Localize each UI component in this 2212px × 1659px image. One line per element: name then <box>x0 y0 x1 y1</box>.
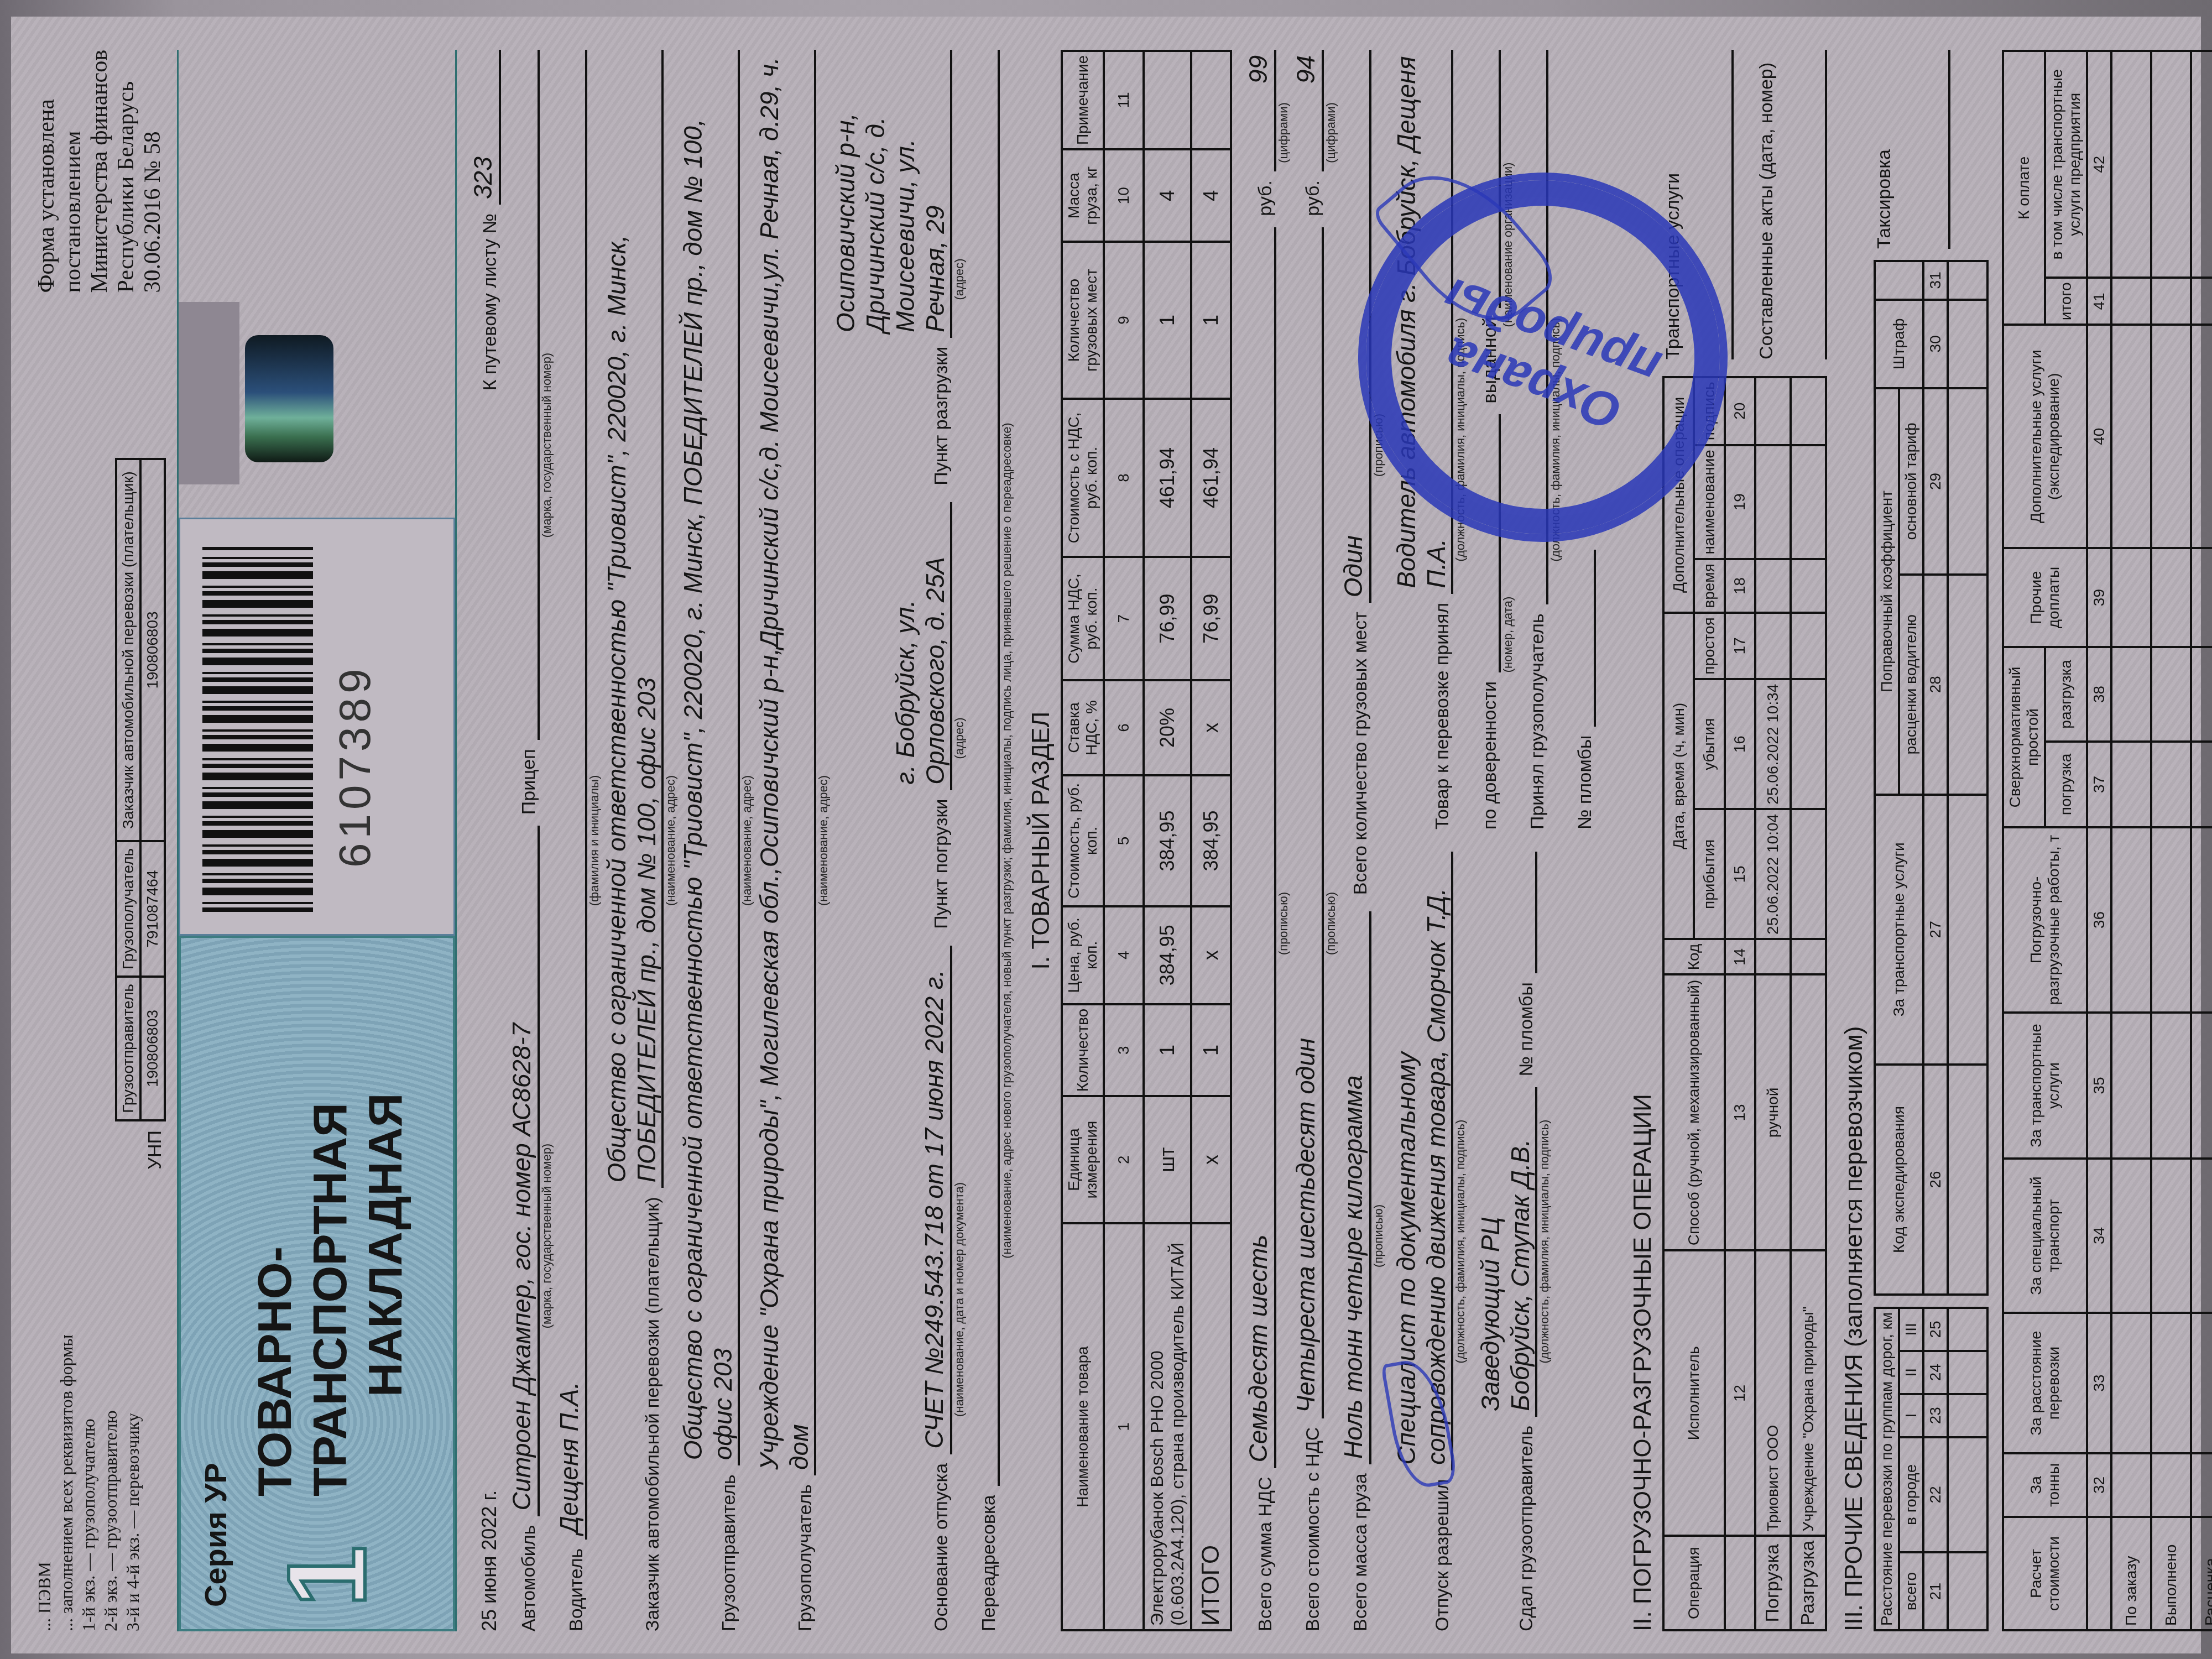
unp-label: УНП <box>144 1121 166 1170</box>
column-number: 42 <box>2087 51 2111 278</box>
ops-operation: Погрузка <box>1755 1536 1791 1630</box>
total-cell: 461,94 <box>1191 399 1231 557</box>
mass-total-label: Всего масса груза <box>1350 1464 1371 1631</box>
ops-signature <box>1755 377 1791 445</box>
column-number: 34 <box>2087 1159 2111 1313</box>
loading-point-label: Пункт погрузки <box>931 790 952 946</box>
calc-header: За специальный транспорт <box>2003 1159 2087 1313</box>
goods-header: Единица измерения <box>1062 1096 1104 1223</box>
goods-places: 1 <box>1144 242 1191 398</box>
cost-calc-table: Расчет стоимости За тонны За расстояние … <box>2002 50 2212 1631</box>
column-number: 38 <box>2087 647 2111 742</box>
ops-subheader: простоя <box>1694 613 1724 679</box>
header-fields: 25 июня 2022 г. К путевому листу № 323 А… <box>468 50 1014 1631</box>
column-number: 16 <box>1725 679 1755 809</box>
readdressing-row: Переадресовка <box>967 50 1000 1631</box>
calc-header: Погрузочно-разгрузочные работы, т <box>2003 827 2087 1013</box>
cost-total-label: Всего стоимость с НДС <box>1302 1418 1324 1631</box>
ops-header: Способ (ручной, механизированный) <box>1663 974 1725 1250</box>
words-hint: (прописью) <box>1324 216 1338 1631</box>
ops-header: Операция <box>1663 1536 1725 1630</box>
goods-header: Количество <box>1062 1004 1104 1096</box>
goods-header: Стоимость с НДС, руб. коп. <box>1062 399 1104 557</box>
distance-col: II <box>1899 1351 1923 1394</box>
cost-total-row: Всего стоимость с НДС Четыреста шестьдес… <box>1291 50 1324 1631</box>
ops-executor: Учреждение "Охрана природы" <box>1791 1250 1826 1536</box>
goods-row: Электрорубанок Bosch PHO 2000 (0.603.2A4… <box>1144 51 1191 1630</box>
poa-label: по доверенности <box>1479 672 1501 830</box>
title-line: НАКЛАДНАЯ <box>358 938 413 1496</box>
digits-hint: (цифрами) <box>1324 50 1338 216</box>
total-cell: 76,99 <box>1191 557 1231 680</box>
column-number: 33 <box>2087 1313 2111 1453</box>
total-cell: 384,95 <box>1191 775 1231 906</box>
acts-label: Составленные акты (дата, номер) <box>1756 50 1777 359</box>
form-note-line: 30.06.2016 № 58 <box>139 50 166 293</box>
total-cell: 4 <box>1191 149 1231 242</box>
goods-price: 384,95 <box>1144 906 1191 1004</box>
column-number: 37 <box>2087 742 2111 827</box>
accepted-label: Товар к перевозке принял <box>1432 594 1453 830</box>
unp-header: Грузополучатель <box>116 841 140 977</box>
unp-value: 791087464 <box>140 841 165 977</box>
ops-idle <box>1755 613 1791 679</box>
copies-note: ... ПЭВМ ... заполнением всех реквизитов… <box>33 1334 166 1631</box>
document-date: 25 июня 2022 г. <box>478 1481 501 1631</box>
calc-subheader: разгрузка <box>2045 647 2087 742</box>
words-hint: (прописью) <box>1371 841 1386 1631</box>
consignee-row: Грузополучатель Учреждение "Охрана приро… <box>754 50 816 1631</box>
loading-point-field[interactable]: г. Бобруйск, ул. Орловского, д. 25А <box>890 502 952 790</box>
column-number: 8 <box>1104 399 1144 557</box>
column-number: 14 <box>1725 939 1755 974</box>
goods-unit: шт <box>1144 1096 1191 1223</box>
waybill-number[interactable]: 323 <box>468 50 501 205</box>
unp-value: 190806803 <box>140 977 165 1120</box>
seal-label: № пломбы <box>1516 973 1537 1087</box>
driver-field[interactable]: Дещеня П.А. <box>554 50 587 1540</box>
customer-row: Заказчик автомобильной перевозки (плател… <box>602 50 664 1631</box>
shipper-row: Грузоотправитель Общество с ограниченной… <box>678 50 740 1631</box>
signatures-block: Отпуск разрешил Специалист по документал… <box>1391 50 1596 1631</box>
unp-block: УНП Грузоотправитель Грузополучатель Зак… <box>77 458 166 1170</box>
seal-field[interactable] <box>1563 550 1596 727</box>
column-number: 11 <box>1104 51 1144 149</box>
shipper-hint: (наименование, адрес) <box>740 50 754 1631</box>
column-number: 10 <box>1104 149 1144 242</box>
distance-col: III <box>1899 1308 1923 1351</box>
cost-total-kop[interactable]: 94 <box>1291 50 1324 171</box>
calc-header: Сверхнормативный простой <box>2003 647 2045 827</box>
unp-value: 190806803 <box>140 459 165 841</box>
ops-method <box>1791 974 1826 1250</box>
calc-header: Прочие доплаты <box>2003 548 2087 647</box>
goods-header: Стоимость, руб. коп. <box>1062 775 1104 906</box>
top-area: ... ПЭВМ ... заполнением всех реквизитов… <box>33 50 166 1631</box>
column-number: 40 <box>2087 325 2111 548</box>
ops-method: ручной <box>1755 974 1791 1250</box>
signature-hint: (должность, фамилия, инициалы, подпись) <box>1453 852 1468 1631</box>
words-hint: (прописью) <box>1276 216 1291 1631</box>
column-number: 9 <box>1104 242 1144 398</box>
calc-header: К оплате <box>2003 51 2045 325</box>
acts-field[interactable] <box>1794 50 1827 359</box>
digits-hint: (цифрами) <box>1276 50 1291 216</box>
ops-executor: Триовист ООО <box>1755 1250 1791 1536</box>
consignment-note: ... ПЭВМ ... заполнением всех реквизитов… <box>11 17 2201 1653</box>
goods-header: Примечание <box>1062 51 1104 149</box>
goods-header: Цена, руб. коп. <box>1062 906 1104 1004</box>
column-number: 35 <box>2087 1013 2111 1159</box>
vat-total-kop[interactable]: 99 <box>1243 50 1276 171</box>
goods-total-row: ИТОГО х 1 х 384,95 х 76,99 461,94 1 4 <box>1191 51 1231 1630</box>
ops-code <box>1755 939 1791 974</box>
unp-header: Грузоотправитель <box>116 977 140 1120</box>
goods-cost: 384,95 <box>1144 775 1191 906</box>
tariff-header: Штраф <box>1875 300 1923 388</box>
goods-vat-rate: 20% <box>1144 680 1191 776</box>
form-legal-note: Форма установлена постановлением Министе… <box>33 50 166 293</box>
taxation-block: Таксировка <box>1874 50 1989 249</box>
seal-label: № пломбы <box>1574 727 1596 830</box>
release-hint-row: (наименование, дата и номер документа) (… <box>952 50 967 1631</box>
places-total-label: Всего количество грузовых мест <box>1350 603 1371 911</box>
calc-header: За тонны <box>2003 1453 2087 1517</box>
copies-note-line: 3-й и 4-й экз. — перевозчику <box>122 1334 144 1631</box>
seal-field[interactable] <box>1504 852 1537 973</box>
vehicle-hint: (марка, государственный номер) <box>540 841 554 1631</box>
readdressing-field[interactable] <box>967 50 1000 1486</box>
column-number: 25 <box>1923 1308 1948 1351</box>
goods-section-title: I. ТОВАРНЫЙ РАЗДЕЛ <box>1027 50 1055 1631</box>
ops-row-unloading: Разгрузка Учреждение "Охрана природы" <box>1791 377 1826 1630</box>
taxation-label: Таксировка <box>1874 50 1895 249</box>
signature-hint: (должность, фамилия, инициалы, подпись) <box>1537 852 1552 1631</box>
ops-time <box>1791 559 1826 613</box>
calc-subheader: в том числе транспортные услуги предприя… <box>2045 51 2087 278</box>
form-number: 1 <box>264 1546 391 1607</box>
column-number: 39 <box>2087 548 2111 647</box>
unp-header: Заказчик автомобильной перевозки (плател… <box>116 459 140 841</box>
mass-total-words[interactable]: Ноль тонн четыре килограмма <box>1338 911 1371 1464</box>
barcode-icon <box>202 547 313 912</box>
customer-field[interactable]: Общество с ограниченной ответственностью… <box>602 50 664 1188</box>
column-number: 7 <box>1104 557 1144 680</box>
taxation-field[interactable] <box>1917 50 1950 249</box>
column-number: 4 <box>1104 906 1144 1004</box>
ops-operation: Разгрузка <box>1791 1536 1826 1630</box>
mass-places-row: Всего масса груза Ноль тонн четыре килог… <box>1338 50 1371 1631</box>
totals-block: Всего сумма НДС Семьдесят шесть руб. 99 … <box>1243 50 1386 1631</box>
tariff-header: Код экспедирования <box>1875 1065 1923 1295</box>
shipper-label: Грузоотправитель <box>718 1465 740 1631</box>
ops-code <box>1791 939 1826 974</box>
calc-header: Дополнительные услуги (экспедирование) <box>2003 325 2087 548</box>
document-title: ТОВАРНО-ТРАНСПОРТНАЯ НАКЛАДНАЯ <box>247 938 413 1496</box>
trailer-field[interactable] <box>507 50 540 740</box>
ops-header: Дата, время (ч, мин) <box>1663 613 1694 940</box>
column-number: 19 <box>1725 445 1755 559</box>
unloading-point-label: Пункт разгрузки <box>931 338 952 502</box>
goods-quantity: 1 <box>1144 1004 1191 1096</box>
barcode-number: 6107389 <box>330 665 380 868</box>
goods-vat-sum: 76,99 <box>1144 557 1191 680</box>
goods-header: Ставка НДС, % <box>1062 680 1104 776</box>
ops-column-numbers: 12 13 14 15 16 17 18 19 20 <box>1725 377 1755 1630</box>
column-number: 13 <box>1725 974 1755 1250</box>
vat-hint-row: (прописью) (цифрами) <box>1276 50 1291 1631</box>
barcode-panel: 6107389 <box>179 518 455 936</box>
tariff-header: Поправочный коэффициент <box>1875 388 1899 795</box>
goods-header: Масса груза, кг <box>1062 149 1104 242</box>
other-info-title: III. ПРОЧИЕ СВЕДЕНИЯ (заполняется перево… <box>1840 50 1868 1631</box>
cost-total-words[interactable]: Четыреста шестьдесят один <box>1291 227 1324 1418</box>
form-note-line: Форма установлена <box>33 50 60 293</box>
column-number: 17 <box>1725 613 1755 679</box>
column-number: 26 <box>1923 1065 1948 1295</box>
shipper-field[interactable]: Общество с ограниченной ответственностью… <box>678 50 740 1465</box>
vat-total-row: Всего сумма НДС Семьдесят шесть руб. 99 <box>1243 50 1276 1631</box>
rub-label: руб. <box>1302 171 1324 227</box>
goods-name: Электрорубанок Bosch PHO 2000 (0.603.2A4… <box>1144 1223 1191 1630</box>
copies-note-line: 1-й экз. — грузополучателю <box>77 1334 100 1631</box>
goods-header: Наименование товара <box>1062 1223 1104 1630</box>
loading-ops-table: Операция Исполнитель Способ (ручной, мех… <box>1662 376 1827 1631</box>
calc-row-label: По заказу <box>2111 1517 2151 1630</box>
calc-subheader: погрузка <box>2045 742 2087 827</box>
calc-row-label: Расценка <box>2191 1517 2212 1630</box>
ops-departure: 25.06.2022 10:34 <box>1755 679 1791 809</box>
goods-mass: 4 <box>1144 149 1191 242</box>
release-row: Отпуск разрешил Специалист по документал… <box>1391 852 1453 1631</box>
calc-header: Расчет стоимости <box>2003 1517 2087 1630</box>
column-number: 41 <box>2087 278 2111 325</box>
column-number: 28 <box>1923 575 1948 795</box>
handed-row: Сдал грузоотправитель Заведующий РЦ Бобр… <box>1475 852 1537 1631</box>
total-label: ИТОГО <box>1191 1223 1231 1630</box>
ops-departure <box>1791 679 1826 809</box>
calc-header: За расстояние перевозки <box>2003 1313 2087 1453</box>
column-number: 31 <box>1923 261 1948 300</box>
ops-idle <box>1791 613 1826 679</box>
release-basis-field[interactable]: СЧЕТ №249.543.718 от 17 июня 2022 г. <box>919 946 952 1454</box>
ops-subheader: наименование <box>1694 445 1724 559</box>
column-number: 32 <box>2087 1453 2111 1517</box>
column-number: 24 <box>1923 1351 1948 1394</box>
ops-name <box>1755 445 1791 559</box>
received-label: Принял грузополучатель <box>1527 604 1548 830</box>
ops-arrival <box>1791 809 1826 939</box>
calc-subheader: итого <box>2045 278 2087 325</box>
total-cell <box>1191 51 1231 149</box>
copies-note-line: ... заполнением всех реквизитов формы <box>55 1334 77 1631</box>
unloading-point-hint: (адрес) <box>952 50 967 509</box>
tariff-table: Код экспедирования За транспортные услуг… <box>1874 260 1989 1296</box>
total-cell: 1 <box>1191 242 1231 398</box>
column-number: 20 <box>1725 377 1755 445</box>
distance-col: I <box>1899 1394 1923 1437</box>
driver-hint: (фамилия и инициалы) <box>587 50 602 1631</box>
column-number: 21 <box>1923 1552 1948 1630</box>
handed-over-field[interactable]: Заведующий РЦ Бобруйск, Ступак Д.В. <box>1475 1087 1537 1416</box>
customer-hint: (наименование, адрес) <box>664 50 678 1631</box>
hologram-icon <box>245 335 333 462</box>
handed-over-label: Сдал грузоотправитель <box>1516 1417 1537 1631</box>
vehicle-hint-row: (марка, государственный номер) (марка, г… <box>540 50 554 1631</box>
goods-column-numbers: 1 2 3 4 5 6 7 8 9 10 11 <box>1104 51 1144 1630</box>
column-number: 18 <box>1725 559 1755 613</box>
vehicle-label: Автомобиль <box>518 1516 540 1631</box>
other-info-block: Расстояние перевозки по группам дорог, к… <box>1874 50 1989 1631</box>
loading-ops-header-row: Операция Исполнитель Способ (ручной, мех… <box>1663 377 1694 1630</box>
total-cell: х <box>1191 1096 1231 1223</box>
column-number: 3 <box>1104 1004 1144 1096</box>
ops-arrival: 25.06.2022 10:04 <box>1755 809 1791 939</box>
goods-table: Наименование товара Единица измерения Ко… <box>1061 50 1232 1631</box>
cost-hint-row: (прописью) (цифрами) <box>1324 50 1338 1631</box>
goods-note <box>1144 51 1191 149</box>
form-note-line: постановлением <box>60 50 86 293</box>
security-pattern-icon <box>179 302 239 484</box>
distance-header: Расстояние перевозки по группам дорог, к… <box>1875 1308 1899 1630</box>
readdressing-label: Переадресовка <box>978 1486 1000 1631</box>
column-number: 22 <box>1923 1437 1948 1553</box>
customer-label: Заказчик автомобильной перевозки (плател… <box>642 1188 664 1631</box>
ops-row-loading: Погрузка Триовист ООО ручной 25.06.2022 … <box>1755 377 1791 1630</box>
form-note-line: Республики Беларусь <box>113 50 139 293</box>
column-number: 23 <box>1923 1394 1948 1437</box>
consignee-field[interactable]: Учреждение "Охрана природы", Могилевская… <box>754 50 816 1475</box>
ops-signature <box>1791 377 1826 445</box>
carrier-signatures: Товар к перевозке принял Водитель автомо… <box>1391 50 1596 830</box>
release-basis-row: Основание отпуска СЧЕТ №249.543.718 от 1… <box>831 50 952 1631</box>
calc-header: За транспортные услуги <box>2003 1013 2087 1159</box>
tariff-subheader: расценки водителю <box>1899 575 1923 795</box>
distance-col: всего <box>1899 1552 1923 1630</box>
total-cell: х <box>1191 680 1231 776</box>
form-note-line: Министерства финансов <box>86 50 113 293</box>
driver-row: Водитель Дещеня П.А. <box>554 50 587 1631</box>
ops-time <box>1755 559 1791 613</box>
vehicle-row: Автомобиль Ситроен Джампер, гос. номер А… <box>507 50 540 1631</box>
consignee-hint: (наименование, адрес) <box>816 50 831 1631</box>
column-number: 30 <box>1923 300 1948 388</box>
loading-point-hint: (адрес) <box>952 509 967 968</box>
vat-total-label: Всего сумма НДС <box>1255 1468 1276 1631</box>
ops-subheader: время <box>1694 559 1724 613</box>
column-number: 36 <box>2087 827 2111 1013</box>
column-number: 6 <box>1104 680 1144 776</box>
title-band: Серия УР 1 ТОВАРНО-ТРАНСПОРТНАЯ НАКЛАДНА… <box>177 50 457 1631</box>
column-number: 5 <box>1104 775 1144 906</box>
vat-total-words[interactable]: Семьдесят шесть <box>1243 227 1276 1468</box>
shipper-signatures: Отпуск разрешил Специалист по документал… <box>1391 852 1596 1631</box>
ops-header: Код <box>1663 939 1725 974</box>
column-number: 1 <box>1104 1223 1144 1630</box>
vehicle-field[interactable]: Ситроен Джампер, гос. номер АС8628-7 <box>507 826 540 1516</box>
date-row: 25 июня 2022 г. К путевому листу № 323 <box>468 50 501 1631</box>
release-basis-label: Основание отпуска <box>931 1454 952 1631</box>
ops-subheader: убытия <box>1694 679 1724 809</box>
hologram-panel <box>179 302 455 484</box>
tariff-header: За транспортные услуги <box>1875 795 1923 1065</box>
series-label: Серия УР <box>197 1463 233 1607</box>
column-number: 27 <box>1923 795 1948 1065</box>
trailer-label: Прицеп <box>518 740 540 826</box>
calc-row-label: Выполнено <box>2151 1517 2191 1630</box>
waybill-label: К путевому листу № <box>479 205 501 390</box>
copies-note-line: 2-й экз. — грузоотправителю <box>100 1334 122 1631</box>
goods-header: Количество грузовых мест <box>1062 242 1104 398</box>
distance-table: Расстояние перевозки по группам дорог, к… <box>1874 1307 1989 1631</box>
release-basis-hint: (наименование, дата и номер документа) <box>952 968 967 1631</box>
goods-header: Сумма НДС, руб. коп. <box>1062 557 1104 680</box>
copies-note-line: ... ПЭВМ <box>33 1334 55 1631</box>
release-permitted-label: Отпуск разрешил <box>1432 1470 1453 1631</box>
series-panel: Серия УР 1 ТОВАРНО-ТРАНСПОРТНАЯ НАКЛАДНА… <box>179 936 455 1631</box>
ops-name <box>1791 445 1826 559</box>
readdressing-hint: (наименование, адрес нового грузополучат… <box>1000 50 1014 1631</box>
goods-cost-with-vat: 461,94 <box>1144 399 1191 557</box>
total-cell: 1 <box>1191 1004 1231 1096</box>
total-cell: х <box>1191 906 1231 1004</box>
goods-header-row: Наименование товара Единица измерения Ко… <box>1062 51 1104 1630</box>
column-number: 12 <box>1725 1250 1755 1536</box>
trailer-hint: (марка, государственный номер) <box>540 50 554 841</box>
rub-label: руб. <box>1255 171 1276 227</box>
column-number: 15 <box>1725 809 1755 939</box>
title-line: ТОВАРНО-ТРАНСПОРТНАЯ <box>247 938 358 1496</box>
unloading-point-field[interactable]: Осиповичский р-н, Дричинский с/с, д. Мои… <box>831 50 952 338</box>
column-number: 2 <box>1104 1096 1144 1223</box>
ops-subheader: прибытия <box>1694 809 1724 939</box>
consignee-label: Грузополучатель <box>795 1475 816 1631</box>
ops-header: Исполнитель <box>1663 1250 1725 1536</box>
driver-label: Водитель <box>566 1540 587 1631</box>
distance-col: в городе <box>1899 1437 1923 1553</box>
tariff-subheader: основной тариф <box>1899 388 1923 575</box>
unp-table: Грузоотправитель Грузополучатель Заказчи… <box>115 458 166 1121</box>
column-number: 29 <box>1923 388 1948 575</box>
